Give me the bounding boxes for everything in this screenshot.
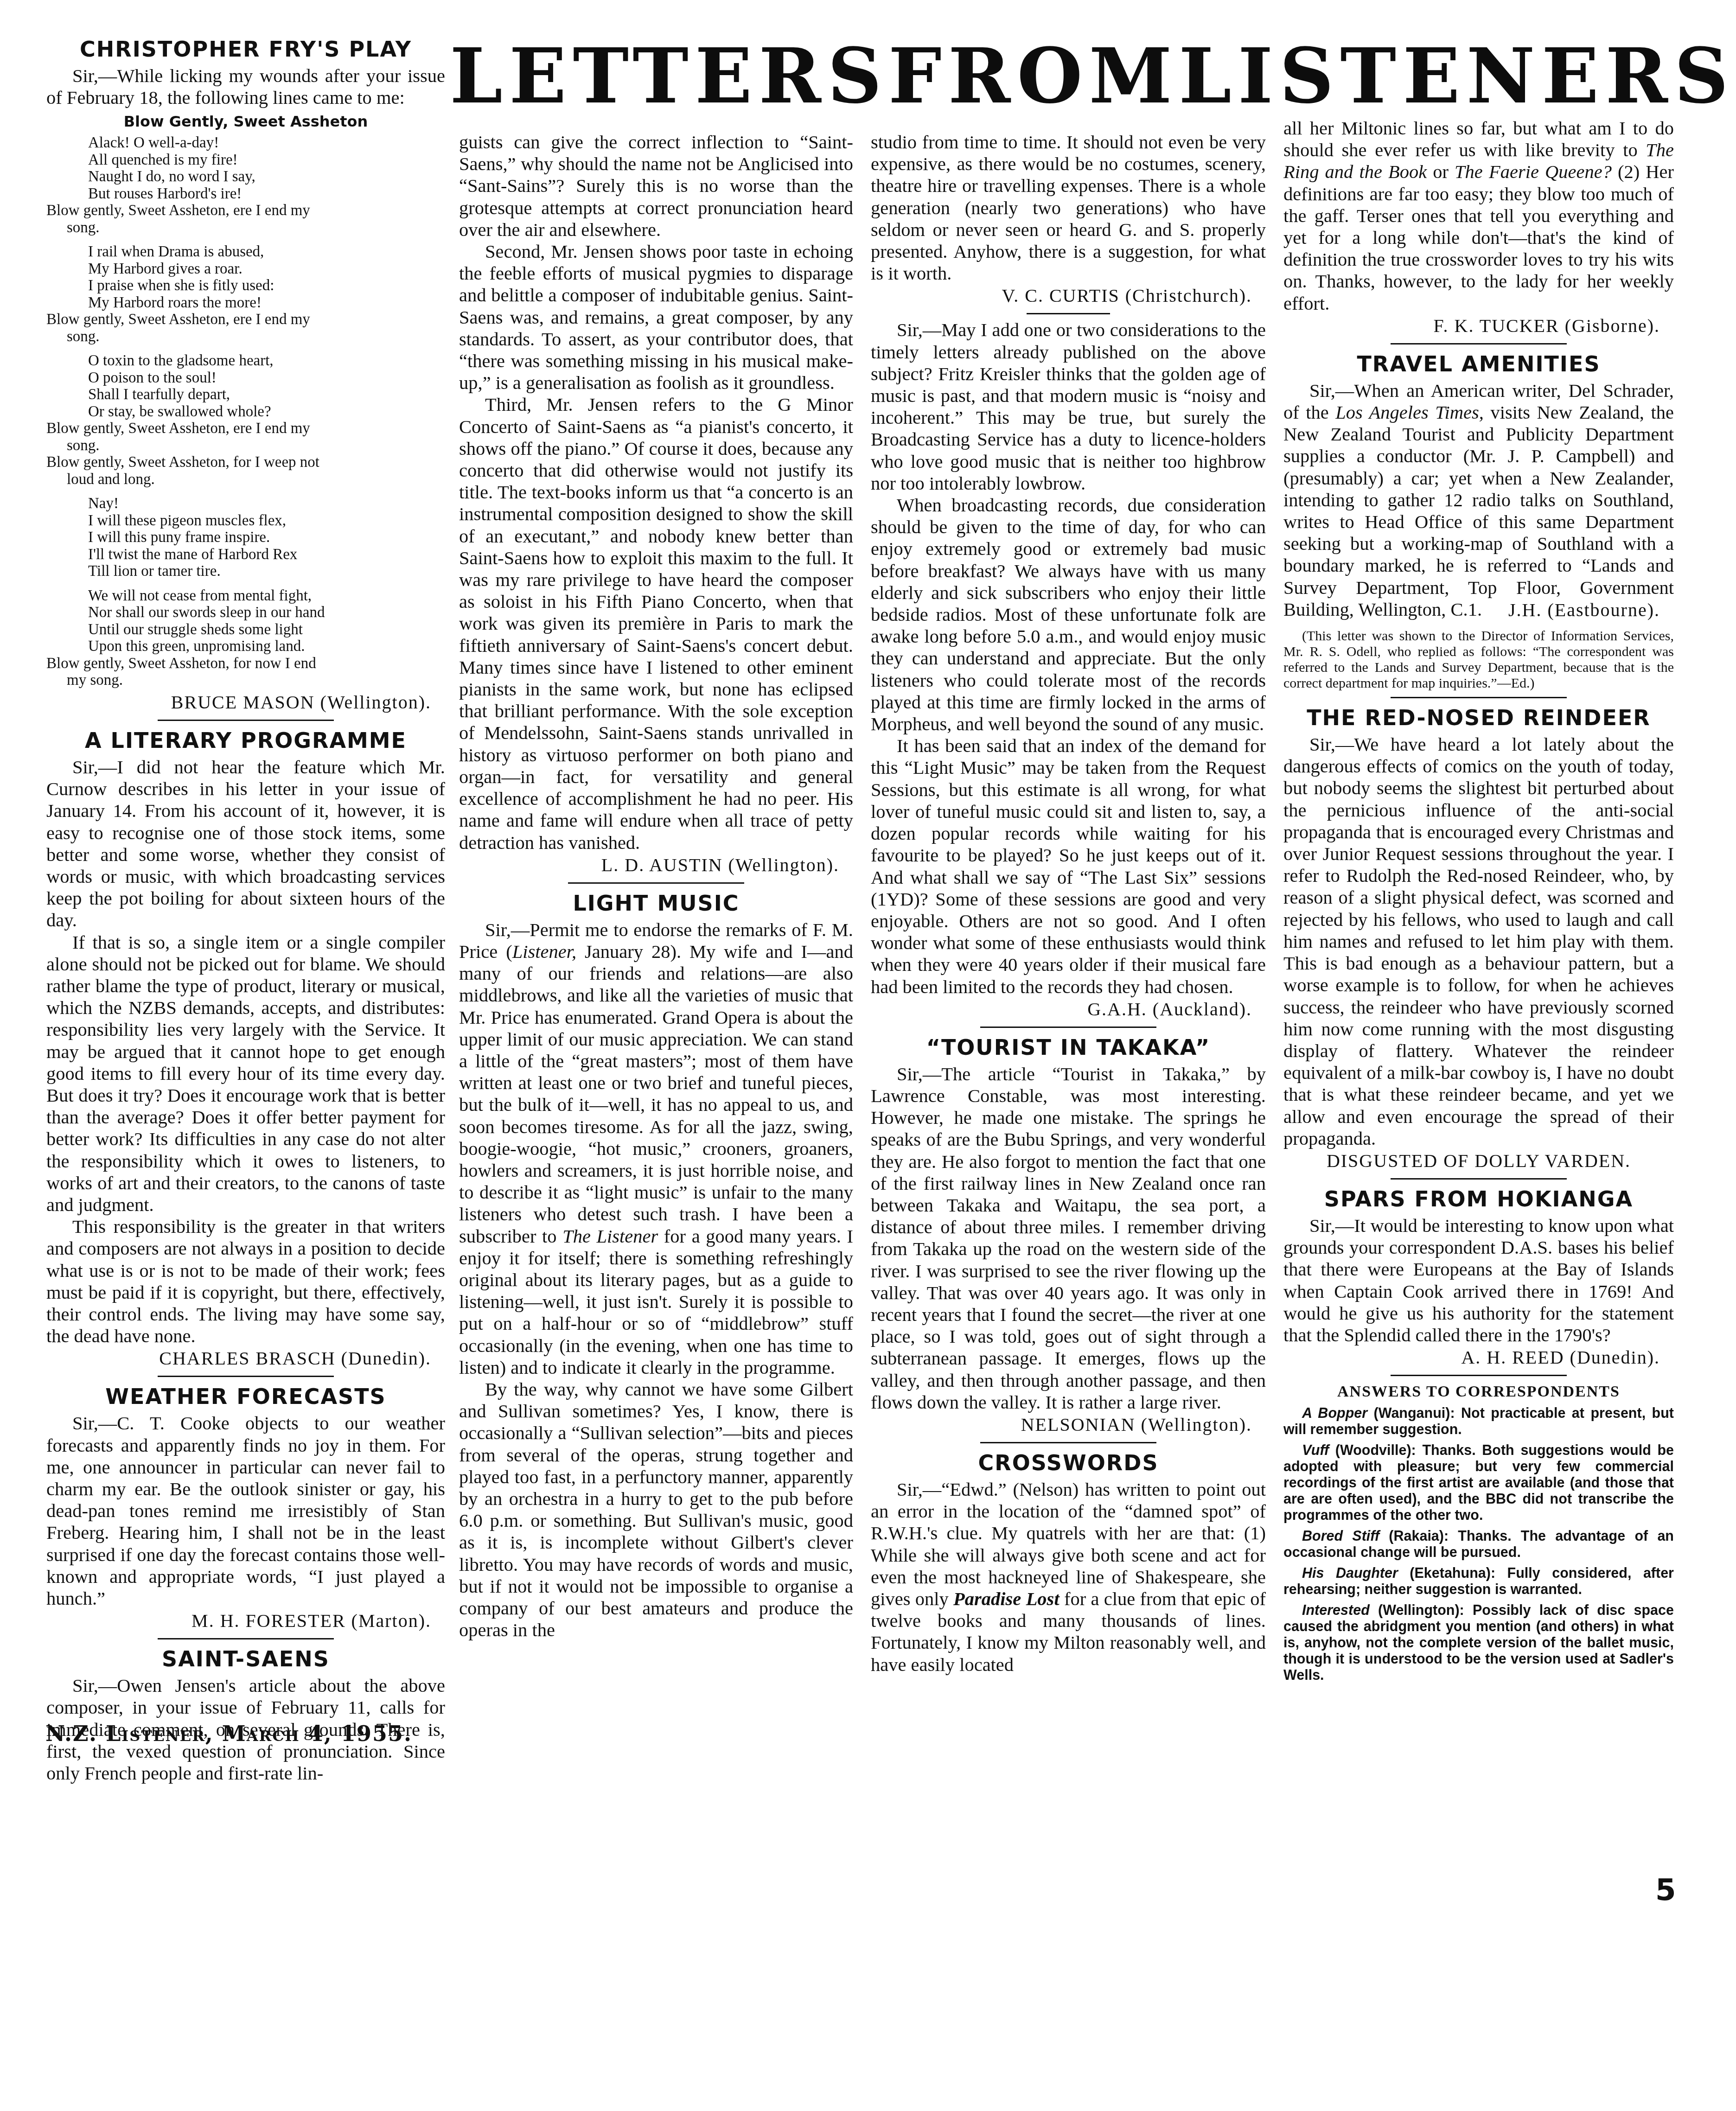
letter-heading: SPARS FROM HOKIANGA <box>1283 1184 1674 1214</box>
masthead-word: FROM <box>888 37 1179 116</box>
letter-paragraph: By the way, why cannot we have some Gilb… <box>459 1378 853 1641</box>
text-run: January 28). My wife and I—and many of o… <box>459 941 853 1247</box>
poem-line: Or stay, be swallowed whole? <box>46 403 445 421</box>
letter-paragraph: Sir,—Permit me to endorse the remarks of… <box>459 919 853 1378</box>
answer-item: Interested (Wellington): Possibly lack o… <box>1283 1602 1674 1684</box>
letter-paragraph-continued: guists can give the correct inflection t… <box>459 131 853 241</box>
divider <box>1391 343 1567 344</box>
answer-item: Vuff (Woodville): Thanks. Both suggestio… <box>1283 1442 1674 1524</box>
letter-signature: V. C. CURTIS (Christchurch). <box>871 284 1266 307</box>
letter-paragraph: Sir,—C. T. Cooke objects to our weather … <box>46 1412 445 1609</box>
divider <box>158 1376 334 1377</box>
letter-signature: G.A.H. (Auckland). <box>871 998 1266 1021</box>
letter-signature: A. H. REED (Dunedin). <box>1283 1346 1674 1369</box>
answer-item: His Daughter (Eketahuna): Fully consider… <box>1283 1565 1674 1598</box>
poem-refrain: loud and long. <box>46 471 445 488</box>
letter-heading: THE RED-NOSED REINDEER <box>1283 703 1674 733</box>
poem-stanza: We will not cease from mental fight, Nor… <box>46 587 445 689</box>
divider <box>158 720 334 721</box>
divider <box>980 1442 1156 1443</box>
letter-paragraph: Sir,—When an American writer, Del Schrad… <box>1283 380 1674 620</box>
masthead-word: LISTENERS <box>1179 37 1735 116</box>
letter-paragraph: Third, Mr. Jensen refers to the G Minor … <box>459 394 853 853</box>
poem-refrain: my song. <box>46 672 445 689</box>
letter-heading: WEATHER FORECASTS <box>46 1382 445 1411</box>
divider <box>1391 697 1567 698</box>
letter-paragraph: If that is so, a single item or a single… <box>46 931 445 1216</box>
poem-line: Nor shall our swords sleep in our hand <box>46 604 445 621</box>
poem-stanza: O toxin to the gladsome heart, O poison … <box>46 352 445 488</box>
divider <box>158 1638 334 1639</box>
poem: Alack! O well-a-day! All quenched is my … <box>46 134 445 689</box>
poem-line: I will these pigeon muscles flex, <box>46 512 445 529</box>
letter-paragraph-continued: all her Miltonic lines so far, but what … <box>1283 117 1674 314</box>
poem-line: All quenched is my fire! <box>46 152 445 169</box>
column-1: CHRISTOPHER FRY'S PLAY Sir,—While lickin… <box>46 32 445 1784</box>
letter-signature: CHARLES BRASCH (Dunedin). <box>46 1347 445 1370</box>
poem-line: I praise when she is fitly used: <box>46 277 445 294</box>
letter-paragraph: Sir,—The article “Tourist in Takaka,” by… <box>871 1063 1266 1413</box>
poem-line: Shall I tearfully depart, <box>46 386 445 403</box>
letter-heading: SAINT-SAENS <box>46 1644 445 1674</box>
page-number: 5 <box>1655 1873 1676 1907</box>
letter-heading: TRAVEL AMENITIES <box>1283 349 1674 379</box>
letter-heading: “TOURIST IN TAKAKA” <box>871 1033 1266 1062</box>
poem-stanza: Alack! O well-a-day! All quenched is my … <box>46 134 445 236</box>
letter-signature: M. H. FORESTER (Marton). <box>46 1609 445 1633</box>
divider <box>568 882 744 884</box>
text-run: visits New Zealand, the New Zealand Tour… <box>1283 402 1674 620</box>
publication-footer: N.Z. Listener, March 4, 1955. <box>45 1721 412 1746</box>
letter-paragraph: This responsibility is the greater in th… <box>46 1216 445 1347</box>
letter-paragraph: Sir,—It would be interesting to know upo… <box>1283 1215 1674 1346</box>
text-run: or <box>1427 161 1455 182</box>
poem-line: Naught I do, no word I say, <box>46 168 445 185</box>
text-run: for a good many years. I enjoy it for it… <box>459 1226 853 1378</box>
letter-heading: LIGHT MUSIC <box>459 888 853 918</box>
answer-item: Bored Stiff (Rakaia): Thanks. The advant… <box>1283 1528 1674 1561</box>
editor-note: (This letter was shown to the Director o… <box>1283 628 1674 691</box>
poem-line: We will not cease from mental fight, <box>46 587 445 605</box>
text-run: all her Miltonic lines so far, but what … <box>1283 118 1674 160</box>
text-run: (2) Her definitions are far too easy; th… <box>1283 161 1674 313</box>
column-2: guists can give the correct inflection t… <box>459 131 853 1641</box>
poem-refrain: song. <box>46 437 445 454</box>
letter-paragraph: Sir,—We have heard a lot lately about th… <box>1283 733 1674 1149</box>
divider <box>1027 313 1110 314</box>
letter-paragraph: Sir,—While licking my wounds after your … <box>46 65 445 108</box>
poem-line: O poison to the soul! <box>46 370 445 387</box>
letter-heading: CHRISTOPHER FRY'S PLAY <box>46 34 445 64</box>
poem-line: I'll twist the mane of Harbord Rex <box>46 546 445 563</box>
answer-item: A Bopper (Wanganui): Not practicable at … <box>1283 1405 1674 1438</box>
italic-text-run: Paradise Lost <box>953 1588 1059 1609</box>
letter-heading: A LITERARY PROGRAMME <box>46 726 445 755</box>
italic-text-run: Listener, <box>512 941 576 962</box>
letter-signature: NELSONIAN (Wellington). <box>871 1413 1266 1436</box>
divider <box>980 1027 1156 1028</box>
poem-refrain: Blow gently, Sweet Assheton, for I weep … <box>46 454 445 471</box>
poem-line: O toxin to the gladsome heart, <box>46 352 445 370</box>
divider <box>1391 1178 1567 1180</box>
correspondent-name: Interested <box>1302 1602 1370 1618</box>
masthead-word: LETTERS <box>450 37 888 116</box>
poem-stanza: Nay! I will these pigeon muscles flex, I… <box>46 495 445 580</box>
italic-text-run: Los Angeles Times, <box>1335 402 1484 423</box>
editor-note-text: (This letter was shown to the Director o… <box>1283 628 1674 691</box>
page-masthead: LETTERS FROM LISTENERS <box>450 37 1674 116</box>
correspondent-name: His Daughter <box>1302 1565 1398 1581</box>
poem-line: Alack! O well-a-day! <box>46 134 445 152</box>
column-3: studio from time to time. It should not … <box>871 131 1266 1676</box>
letter-paragraph: Sir,—I did not hear the feature which Mr… <box>46 756 445 931</box>
answers-heading: ANSWERS TO CORRESPONDENTS <box>1283 1381 1674 1403</box>
poem-refrain: Blow gently, Sweet Assheton, for now I e… <box>46 655 445 672</box>
poem-line: Nay! <box>46 495 445 512</box>
answer-text: (Woodville): Thanks. Both suggestions wo… <box>1283 1442 1674 1523</box>
poem-line: My Harbord gives a roar. <box>46 261 445 278</box>
italic-text-run: The Faerie Queene? <box>1455 161 1612 182</box>
letter-signature: BRUCE MASON (Wellington). <box>46 691 445 714</box>
column-4: all her Miltonic lines so far, but what … <box>1283 117 1674 1688</box>
poem-refrain: song. <box>46 328 445 345</box>
poem-refrain: Blow gently, Sweet Assheton, ere I end m… <box>46 202 445 219</box>
poem-line: My Harbord roars the more! <box>46 294 445 312</box>
letter-paragraph: It has been said that an index of the de… <box>871 735 1266 997</box>
divider <box>1391 1375 1567 1376</box>
poem-line: Until our struggle sheds some light <box>46 621 445 638</box>
poem-title: Blow Gently, Sweet Assheton <box>46 110 445 133</box>
poem-line: Upon this green, unpromising land. <box>46 638 445 655</box>
answers-list: A Bopper (Wanganui): Not practicable at … <box>1283 1405 1674 1684</box>
poem-refrain: Blow gently, Sweet Assheton, ere I end m… <box>46 420 445 437</box>
letter-paragraph: Sir,—“Edwd.” (Nelson) has written to poi… <box>871 1479 1266 1676</box>
poem-refrain: song. <box>46 219 445 236</box>
italic-text-run: The Listener <box>562 1226 658 1247</box>
correspondent-name: A Bopper <box>1302 1405 1367 1421</box>
poem-line: But rouses Harbord's ire! <box>46 185 445 203</box>
letter-signature: DISGUSTED OF DOLLY VARDEN. <box>1283 1149 1674 1173</box>
correspondent-name: Vuff <box>1302 1442 1329 1458</box>
letter-paragraph: Sir,—May I add one or two considerations… <box>871 319 1266 494</box>
correspondent-name: Bored Stiff <box>1302 1528 1379 1544</box>
letter-signature: L. D. AUSTIN (Wellington). <box>459 854 853 877</box>
letter-paragraph-continued: studio from time to time. It should not … <box>871 131 1266 284</box>
letter-signature: F. K. TUCKER (Gisborne). <box>1283 314 1674 338</box>
poem-line: Till lion or tamer tire. <box>46 563 445 580</box>
poem-line: I rail when Drama is abused, <box>46 243 445 261</box>
letter-paragraph: Second, Mr. Jensen shows poor taste in e… <box>459 241 853 394</box>
letter-paragraph: When broadcasting records, due considera… <box>871 494 1266 735</box>
poem-line: I will this puny frame inspire. <box>46 529 445 546</box>
poem-stanza: I rail when Drama is abused, My Harbord … <box>46 243 445 345</box>
letter-heading: CROSSWORDS <box>871 1448 1266 1478</box>
poem-refrain: Blow gently, Sweet Assheton, ere I end m… <box>46 311 445 328</box>
